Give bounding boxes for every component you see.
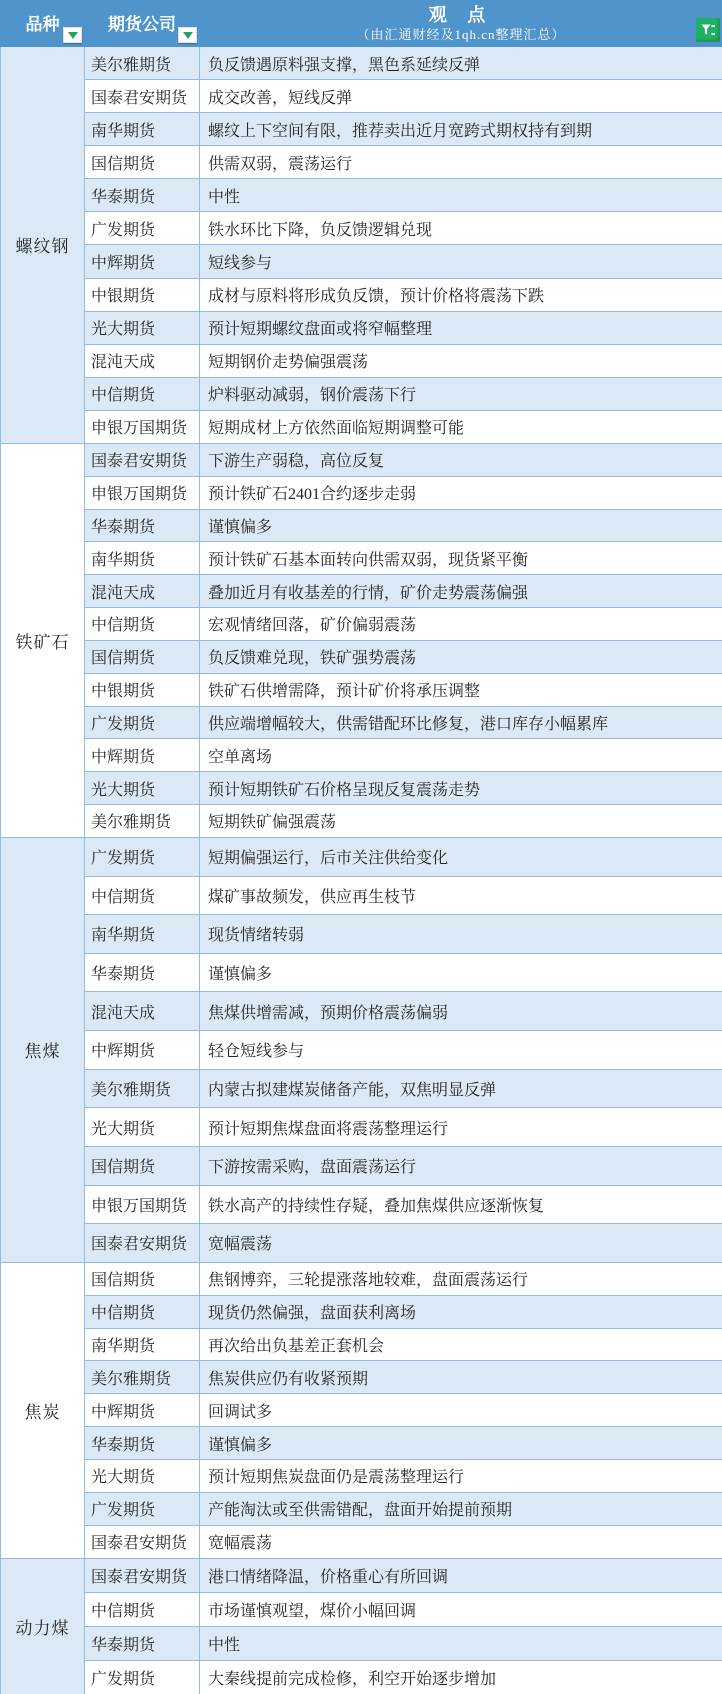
view-cell: 港口情绪降温，价格重心有所回调: [200, 1558, 722, 1592]
table-row: 广发期货产能淘汰或至供需错配，盘面开始提前预期: [1, 1492, 722, 1525]
table-row: 南华期货现货情绪转弱: [1, 915, 722, 954]
filter-funnel-button[interactable]: [696, 18, 720, 42]
table-row: 国泰君安期货成交改善，短线反弹: [1, 80, 722, 113]
company-cell: 广发期货: [85, 1492, 200, 1525]
company-cell: 南华期货: [85, 542, 200, 575]
company-cell: 申银万国期货: [85, 1185, 200, 1224]
company-cell: 美尔雅期货: [85, 1361, 200, 1394]
futures-viewpoints-table: 品种 期货公司 观 点 （由汇通财经及1qh.cn整理汇总）: [0, 0, 722, 1694]
table-row: 中信期货市场谨慎观望，煤价小幅回调: [1, 1592, 722, 1626]
view-cell: 螺纹上下空间有限，推荐卖出近月宽跨式期权持有到期: [200, 113, 722, 146]
table-row: 焦炭国信期货焦钢博弈，三轮提涨落地较难，盘面震荡运行: [1, 1262, 722, 1295]
variety-column-header: 品种: [1, 1, 85, 47]
table-row: 动力煤国泰君安期货港口情绪降温，价格重心有所回调: [1, 1558, 722, 1592]
company-cell: 光大期货: [85, 311, 200, 344]
table-row: 华泰期货谨慎偏多: [1, 953, 722, 992]
table-row: 混沌天成叠加近月有收基差的行情，矿价走势震荡偏强: [1, 575, 722, 608]
view-cell: 现货情绪转弱: [200, 915, 722, 954]
company-cell: 美尔雅期货: [85, 805, 200, 838]
company-cell: 美尔雅期货: [85, 47, 200, 80]
table-row: 广发期货供应端增幅较大，供需错配环比修复，港口库存小幅累库: [1, 706, 722, 739]
company-cell: 国泰君安期货: [85, 443, 200, 476]
table-row: 国信期货供需双弱，震荡运行: [1, 146, 722, 179]
table-row: 美尔雅期货内蒙古拟建煤炭储备产能，双焦明显反弹: [1, 1069, 722, 1108]
table-row: 国泰君安期货宽幅震荡: [1, 1525, 722, 1558]
company-filter-button[interactable]: [178, 27, 197, 43]
view-cell: 预计短期焦炭盘面仍是震荡整理运行: [200, 1460, 722, 1493]
variety-cell: 螺纹钢: [1, 47, 85, 444]
table-row: 螺纹钢美尔雅期货负反馈遇原料强支撑，黑色系延续反弹: [1, 47, 722, 80]
table-row: 中辉期货回调试多: [1, 1394, 722, 1427]
view-cell: 成材与原料将形成负反馈，预计价格将震荡下跌: [200, 278, 722, 311]
view-cell: 铁水环比下降，负反馈逻辑兑现: [200, 212, 722, 245]
view-cell: 负反馈难兑现，铁矿强势震荡: [200, 640, 722, 673]
view-cell: 负反馈遇原料强支撑，黑色系延续反弹: [200, 47, 722, 80]
variety-cell: 铁矿石: [1, 443, 85, 837]
view-cell: 宽幅震荡: [200, 1224, 722, 1263]
company-cell: 国泰君安期货: [85, 1525, 200, 1558]
view-cell: 短期铁矿偏强震荡: [200, 805, 722, 838]
view-cell: 炉料驱动减弱，钢价震荡下行: [200, 377, 722, 410]
company-header-label: 期货公司: [108, 15, 176, 34]
table-row: 中信期货煤矿事故频发，供应再生枝节: [1, 876, 722, 915]
view-cell: 短线参与: [200, 245, 722, 278]
view-cell: 焦炭供应仍有收紧预期: [200, 1361, 722, 1394]
viewpoint-column-header: 观 点 （由汇通财经及1qh.cn整理汇总）: [200, 1, 722, 47]
company-cell: 广发期货: [85, 837, 200, 876]
company-cell: 中辉期货: [85, 739, 200, 772]
table-row: 美尔雅期货焦炭供应仍有收紧预期: [1, 1361, 722, 1394]
chevron-down-icon: [183, 32, 193, 39]
view-cell: 中性: [200, 179, 722, 212]
table-row: 华泰期货中性: [1, 1626, 722, 1660]
company-cell: 广发期货: [85, 1660, 200, 1694]
view-cell: 宏观情绪回落，矿价偏弱震荡: [200, 608, 722, 641]
view-cell: 供应端增幅较大，供需错配环比修复，港口库存小幅累库: [200, 706, 722, 739]
view-cell: 煤矿事故频发，供应再生枝节: [200, 876, 722, 915]
table-row: 铁矿石国泰君安期货下游生产弱稳，高位反复: [1, 443, 722, 476]
variety-cell: 动力煤: [1, 1558, 85, 1694]
view-cell: 短期偏强运行，后市关注供给变化: [200, 837, 722, 876]
company-cell: 光大期货: [85, 1108, 200, 1147]
company-cell: 国信期货: [85, 640, 200, 673]
table-row: 焦煤广发期货短期偏强运行，后市关注供给变化: [1, 837, 722, 876]
company-cell: 华泰期货: [85, 179, 200, 212]
view-cell: 空单离场: [200, 739, 722, 772]
table-row: 中银期货成材与原料将形成负反馈，预计价格将震荡下跌: [1, 278, 722, 311]
table-row: 中银期货铁矿石供增需降，预计矿价将承压调整: [1, 673, 722, 706]
table-row: 中辉期货空单离场: [1, 739, 722, 772]
company-cell: 国信期货: [85, 146, 200, 179]
company-cell: 中信期货: [85, 377, 200, 410]
company-cell: 中银期货: [85, 673, 200, 706]
company-cell: 中辉期货: [85, 245, 200, 278]
view-cell: 宽幅震荡: [200, 1525, 722, 1558]
table-row: 南华期货螺纹上下空间有限，推荐卖出近月宽跨式期权持有到期: [1, 113, 722, 146]
table-row: 国泰君安期货宽幅震荡: [1, 1224, 722, 1263]
company-cell: 华泰期货: [85, 953, 200, 992]
table-row: 美尔雅期货短期铁矿偏强震荡: [1, 805, 722, 838]
company-cell: 中信期货: [85, 608, 200, 641]
table-row: 中信期货宏观情绪回落，矿价偏弱震荡: [1, 608, 722, 641]
table-row: 华泰期货中性: [1, 179, 722, 212]
table-row: 中辉期货短线参与: [1, 245, 722, 278]
company-cell: 华泰期货: [85, 1427, 200, 1460]
company-cell: 南华期货: [85, 915, 200, 954]
company-cell: 广发期货: [85, 706, 200, 739]
viewpoint-header-subtitle: （由汇通财经及1qh.cn整理汇总）: [200, 26, 722, 43]
view-cell: 轻仓短线参与: [200, 1031, 722, 1070]
chevron-down-icon: [68, 32, 78, 39]
company-cell: 中银期货: [85, 278, 200, 311]
company-cell: 光大期货: [85, 1460, 200, 1493]
table-row: 申银万国期货预计铁矿石2401合约逐步走弱: [1, 476, 722, 509]
view-cell: 中性: [200, 1626, 722, 1660]
variety-filter-button[interactable]: [63, 27, 82, 43]
view-cell: 焦煤供增需减，预期价格震荡偏弱: [200, 992, 722, 1031]
viewpoint-header-title: 观 点: [200, 5, 722, 26]
view-cell: 下游生产弱稳，高位反复: [200, 443, 722, 476]
company-cell: 国泰君安期货: [85, 1224, 200, 1263]
company-cell: 光大期货: [85, 772, 200, 805]
variety-cell: 焦炭: [1, 1262, 85, 1558]
table-row: 申银万国期货铁水高产的持续性存疑，叠加焦煤供应逐渐恢复: [1, 1185, 722, 1224]
viewpoints-table-body: 螺纹钢美尔雅期货负反馈遇原料强支撑，黑色系延续反弹国泰君安期货成交改善，短线反弹…: [1, 47, 722, 1694]
view-cell: 焦钢博弈，三轮提涨落地较难，盘面震荡运行: [200, 1262, 722, 1295]
company-cell: 国泰君安期货: [85, 1558, 200, 1592]
variety-header-label: 品种: [26, 15, 60, 34]
company-cell: 申银万国期货: [85, 476, 200, 509]
company-cell: 中信期货: [85, 1592, 200, 1626]
view-cell: 预计铁矿石2401合约逐步走弱: [200, 476, 722, 509]
view-cell: 供需双弱，震荡运行: [200, 146, 722, 179]
view-cell: 谨慎偏多: [200, 953, 722, 992]
company-cell: 华泰期货: [85, 1626, 200, 1660]
company-cell: 混沌天成: [85, 575, 200, 608]
view-cell: 内蒙古拟建煤炭储备产能，双焦明显反弹: [200, 1069, 722, 1108]
view-cell: 预计短期铁矿石价格呈现反复震荡走势: [200, 772, 722, 805]
table-row: 中信期货现货仍然偏强，盘面获利离场: [1, 1295, 722, 1328]
table-row: 光大期货预计短期铁矿石价格呈现反复震荡走势: [1, 772, 722, 805]
table-row: 华泰期货谨慎偏多: [1, 509, 722, 542]
company-cell: 美尔雅期货: [85, 1069, 200, 1108]
view-cell: 预计短期螺纹盘面或将窄幅整理: [200, 311, 722, 344]
table-row: 混沌天成焦煤供增需减，预期价格震荡偏弱: [1, 992, 722, 1031]
view-cell: 叠加近月有收基差的行情，矿价走势震荡偏强: [200, 575, 722, 608]
table-row: 华泰期货谨慎偏多: [1, 1427, 722, 1460]
company-cell: 申银万国期货: [85, 410, 200, 443]
table-header: 品种 期货公司 观 点 （由汇通财经及1qh.cn整理汇总）: [1, 1, 722, 47]
company-cell: 混沌天成: [85, 344, 200, 377]
view-cell: 铁水高产的持续性存疑，叠加焦煤供应逐渐恢复: [200, 1185, 722, 1224]
view-cell: 铁矿石供增需降，预计矿价将承压调整: [200, 673, 722, 706]
company-cell: 南华期货: [85, 1328, 200, 1361]
table-row: 中信期货炉料驱动减弱，钢价震荡下行: [1, 377, 722, 410]
view-cell: 短期钢价走势偏强震荡: [200, 344, 722, 377]
company-cell: 中辉期货: [85, 1031, 200, 1070]
company-cell: 华泰期货: [85, 509, 200, 542]
view-cell: 现货仍然偏强，盘面获利离场: [200, 1295, 722, 1328]
company-cell: 混沌天成: [85, 992, 200, 1031]
view-cell: 预计短期焦煤盘面将震荡整理运行: [200, 1108, 722, 1147]
table-row: 光大期货预计短期螺纹盘面或将窄幅整理: [1, 311, 722, 344]
table-row: 广发期货大秦线提前完成检修，利空开始逐步增加: [1, 1660, 722, 1694]
view-cell: 成交改善，短线反弹: [200, 80, 722, 113]
funnel-icon: [700, 22, 716, 38]
table-row: 光大期货预计短期焦炭盘面仍是震荡整理运行: [1, 1460, 722, 1493]
variety-cell: 焦煤: [1, 837, 85, 1262]
company-cell: 广发期货: [85, 212, 200, 245]
table-row: 光大期货预计短期焦煤盘面将震荡整理运行: [1, 1108, 722, 1147]
table-row: 国信期货下游按需采购，盘面震荡运行: [1, 1146, 722, 1185]
view-cell: 再次给出负基差正套机会: [200, 1328, 722, 1361]
company-cell: 南华期货: [85, 113, 200, 146]
table-row: 广发期货铁水环比下降，负反馈逻辑兑现: [1, 212, 722, 245]
company-column-header: 期货公司: [85, 1, 200, 47]
company-cell: 中信期货: [85, 876, 200, 915]
company-cell: 国泰君安期货: [85, 80, 200, 113]
table-row: 混沌天成短期钢价走势偏强震荡: [1, 344, 722, 377]
table-row: 南华期货再次给出负基差正套机会: [1, 1328, 722, 1361]
table-row: 申银万国期货短期成材上方依然面临短期调整可能: [1, 410, 722, 443]
company-cell: 国信期货: [85, 1146, 200, 1185]
view-cell: 预计铁矿石基本面转向供需双弱，现货紧平衡: [200, 542, 722, 575]
view-cell: 谨慎偏多: [200, 1427, 722, 1460]
view-cell: 大秦线提前完成检修，利空开始逐步增加: [200, 1660, 722, 1694]
view-cell: 市场谨慎观望，煤价小幅回调: [200, 1592, 722, 1626]
table-row: 中辉期货轻仓短线参与: [1, 1031, 722, 1070]
view-cell: 产能淘汰或至供需错配，盘面开始提前预期: [200, 1492, 722, 1525]
view-cell: 短期成材上方依然面临短期调整可能: [200, 410, 722, 443]
company-cell: 中辉期货: [85, 1394, 200, 1427]
view-cell: 下游按需采购，盘面震荡运行: [200, 1146, 722, 1185]
table-row: 南华期货预计铁矿石基本面转向供需双弱，现货紧平衡: [1, 542, 722, 575]
table-row: 国信期货负反馈难兑现，铁矿强势震荡: [1, 640, 722, 673]
view-cell: 回调试多: [200, 1394, 722, 1427]
view-cell: 谨慎偏多: [200, 509, 722, 542]
company-cell: 中信期货: [85, 1295, 200, 1328]
company-cell: 国信期货: [85, 1262, 200, 1295]
